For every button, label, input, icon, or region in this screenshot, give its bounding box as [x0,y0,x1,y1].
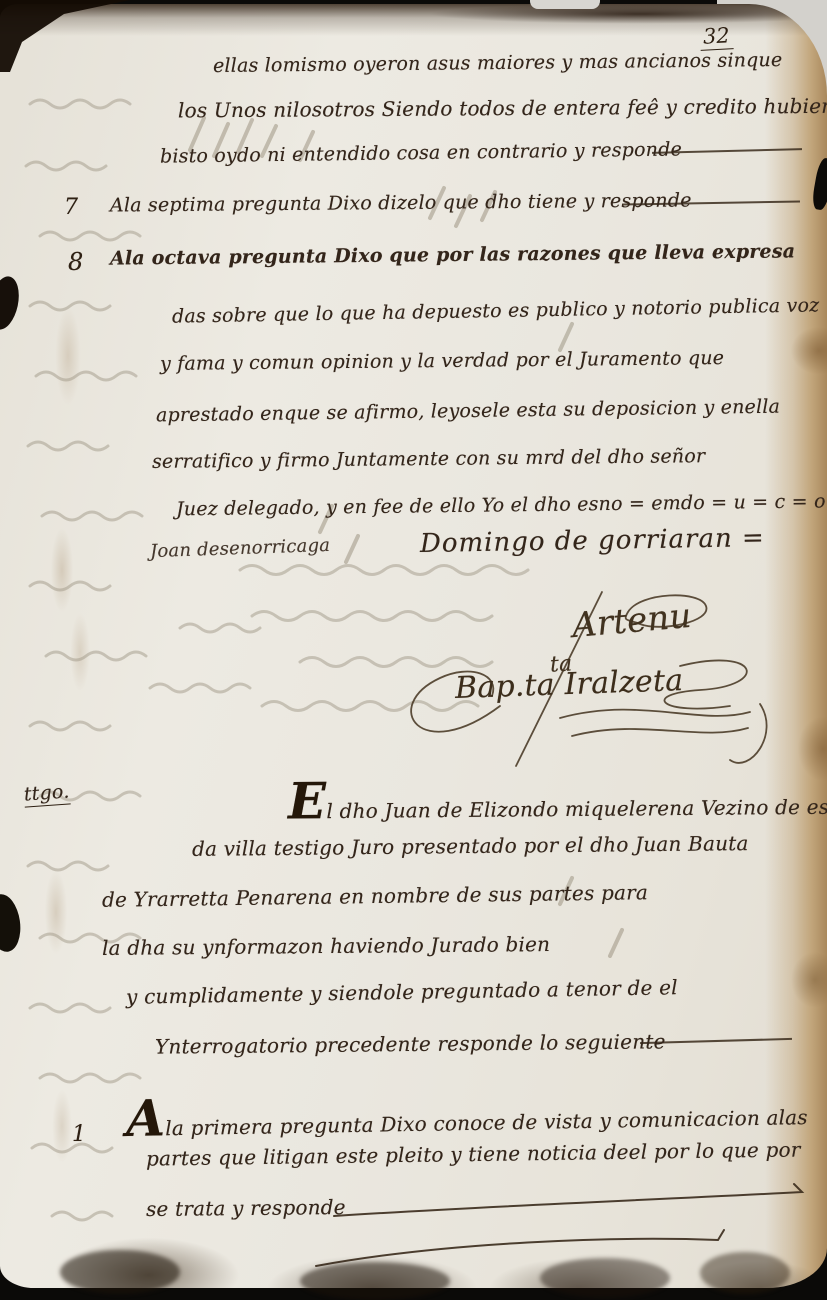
bottom-edge-smudge [60,1250,180,1294]
manuscript-line: la dha su ynformazon haviendo Jurado bie… [102,934,550,958]
manuscript-line: El dho Juan de Elizondo miquelerena Vezi… [288,772,827,827]
manuscript-scan: 32 ellas lomismo oyeron asus maiores y m… [0,0,827,1300]
manuscript-line: da villa testigo Juro presentado por el … [192,833,749,859]
margin-witness-abbrev: ttgo. [23,782,70,807]
margin-question-number-1: 1 [72,1124,86,1146]
judge-name: Domingo de gorriaran = [420,525,765,557]
bottom-edge-smudge [700,1252,790,1294]
manuscript-line: Ala septima pregunta Dixo dizelo que dho… [110,191,692,215]
bottom-edge-smudge [540,1258,670,1298]
margin-question-number-8: 8 [68,250,83,274]
scan-background-notch [530,0,600,9]
manuscript-line: los Unos nilosotros Siendo todos de ente… [178,96,827,121]
signature-text: Bap.ta Iralzeta [455,666,684,704]
page-number: 32 [699,23,733,51]
bottom-edge-smudge [300,1262,450,1300]
signature-text: Artenu [571,599,693,643]
manuscript-line: Ynterrogatorio precedente responde lo se… [155,1031,666,1056]
manuscript-page: 32 ellas lomismo oyeron asus maiores y m… [0,4,827,1288]
manuscript-line: se trata y responde [146,1197,346,1219]
margin-question-number-7: 7 [64,197,78,219]
